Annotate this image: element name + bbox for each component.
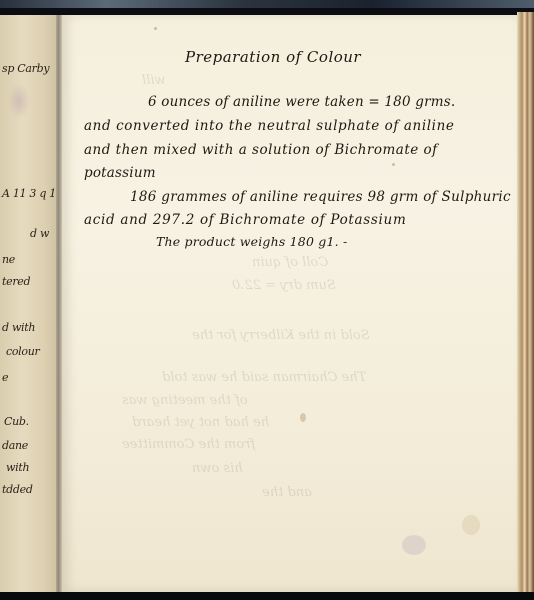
left-fragment: d w: [30, 227, 49, 240]
foxing-spot: [462, 515, 480, 535]
bleed-through-text: of the meeting was: [122, 393, 248, 408]
page-title: Preparation of Colour: [185, 48, 361, 66]
foxing-spot: [300, 413, 306, 422]
text-line: 186 grammes of aniline requires 98 grm o…: [130, 189, 511, 205]
left-fragment: with: [6, 461, 29, 474]
text-line: 6 ounces of aniline were taken = 180 grm…: [148, 94, 455, 110]
text-line: and converted into the neutral sulphate …: [84, 118, 454, 134]
book-bottom-edge: [0, 592, 534, 600]
left-fragment: e: [2, 371, 8, 384]
text-line: The product weighs 180 g1. -: [156, 234, 347, 249]
ink-stain: [8, 83, 30, 119]
bleed-through-text: his own: [192, 461, 243, 476]
left-fragment: Cub.: [4, 415, 29, 428]
left-page-margin: sp Carby A 11 3 q 1 d w ne tered d with …: [0, 15, 56, 592]
text-line: potassium: [84, 165, 156, 181]
left-fragment: ne: [2, 253, 15, 266]
foxing-spot: [154, 27, 157, 30]
left-fragment: dane: [2, 439, 28, 452]
foxing-spot: [402, 535, 426, 555]
left-fragment: d with: [2, 321, 35, 334]
left-fragment: tered: [2, 275, 30, 288]
book-top-edge: [0, 0, 534, 8]
left-fragment: tdded: [2, 483, 33, 496]
foxing-spot: [392, 163, 395, 166]
bleed-through-text: will: [142, 73, 166, 88]
text-line: acid and 297.2 of Bichromate of Potassiu…: [84, 212, 406, 228]
bleed-through-text: he had not yet heard: [132, 415, 269, 430]
left-fragment: sp Carby: [2, 62, 49, 75]
bleed-through-text: Coll of quin: [252, 255, 328, 270]
text-line: and then mixed with a solution of Bichro…: [84, 142, 438, 158]
left-fragment: colour: [6, 345, 39, 358]
notebook-page: will Coll of quin Sum dry = 22.0 Sold in…: [62, 15, 517, 592]
book-fore-edge: [517, 12, 534, 594]
bleed-through-text: and the: [262, 485, 312, 500]
left-fragment: A 11 3 q 1: [2, 187, 56, 200]
bleed-through-text: Sold in the Kilberry for the: [192, 328, 370, 343]
bleed-through-text: from the Committee: [122, 437, 255, 452]
bleed-through-text: The Chairman said he was told: [162, 370, 366, 385]
bleed-through-text: Sum dry = 22.0: [232, 278, 336, 293]
